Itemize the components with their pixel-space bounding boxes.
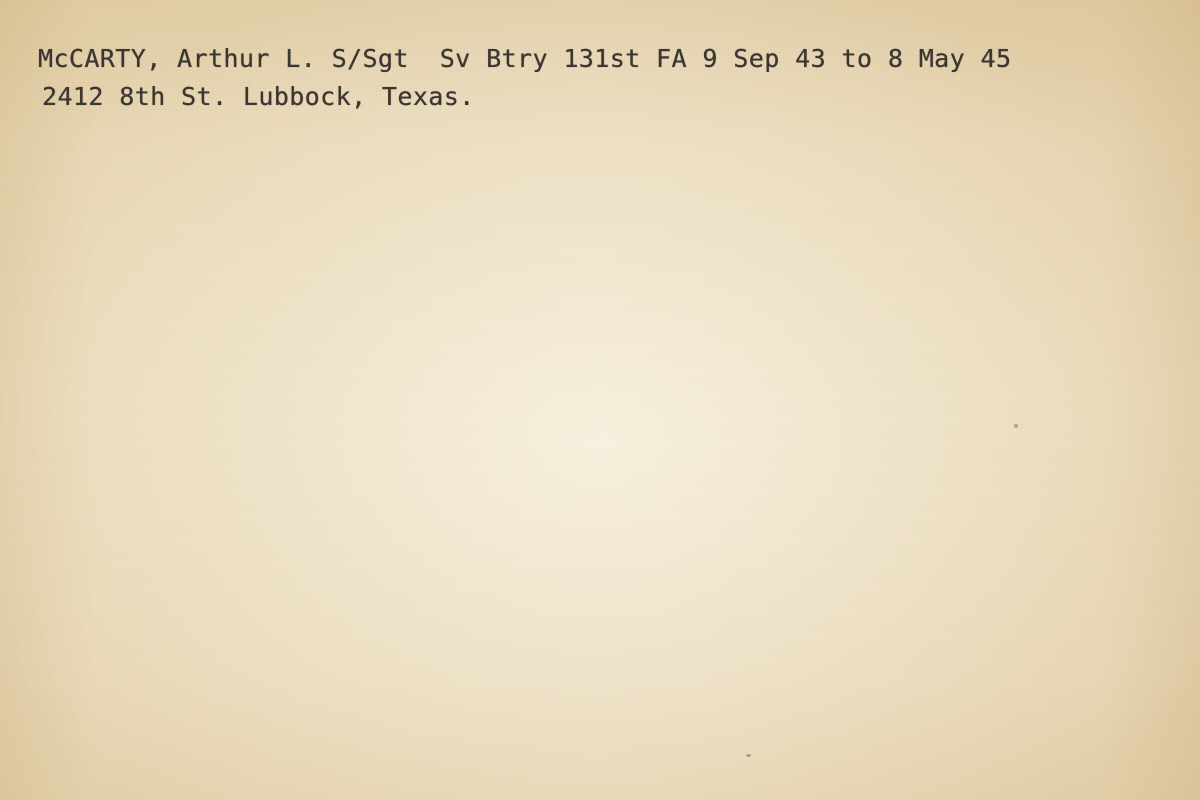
index-card: McCARTY, Arthur L. S/Sgt Sv Btry 131st F…: [0, 0, 1200, 800]
address-line: 2412 8th St. Lubbock, Texas.: [42, 82, 475, 111]
paper-speck: [1014, 424, 1018, 428]
paper-speck: [746, 754, 751, 757]
name-rank-unit-service-line: McCARTY, Arthur L. S/Sgt Sv Btry 131st F…: [38, 44, 1011, 73]
